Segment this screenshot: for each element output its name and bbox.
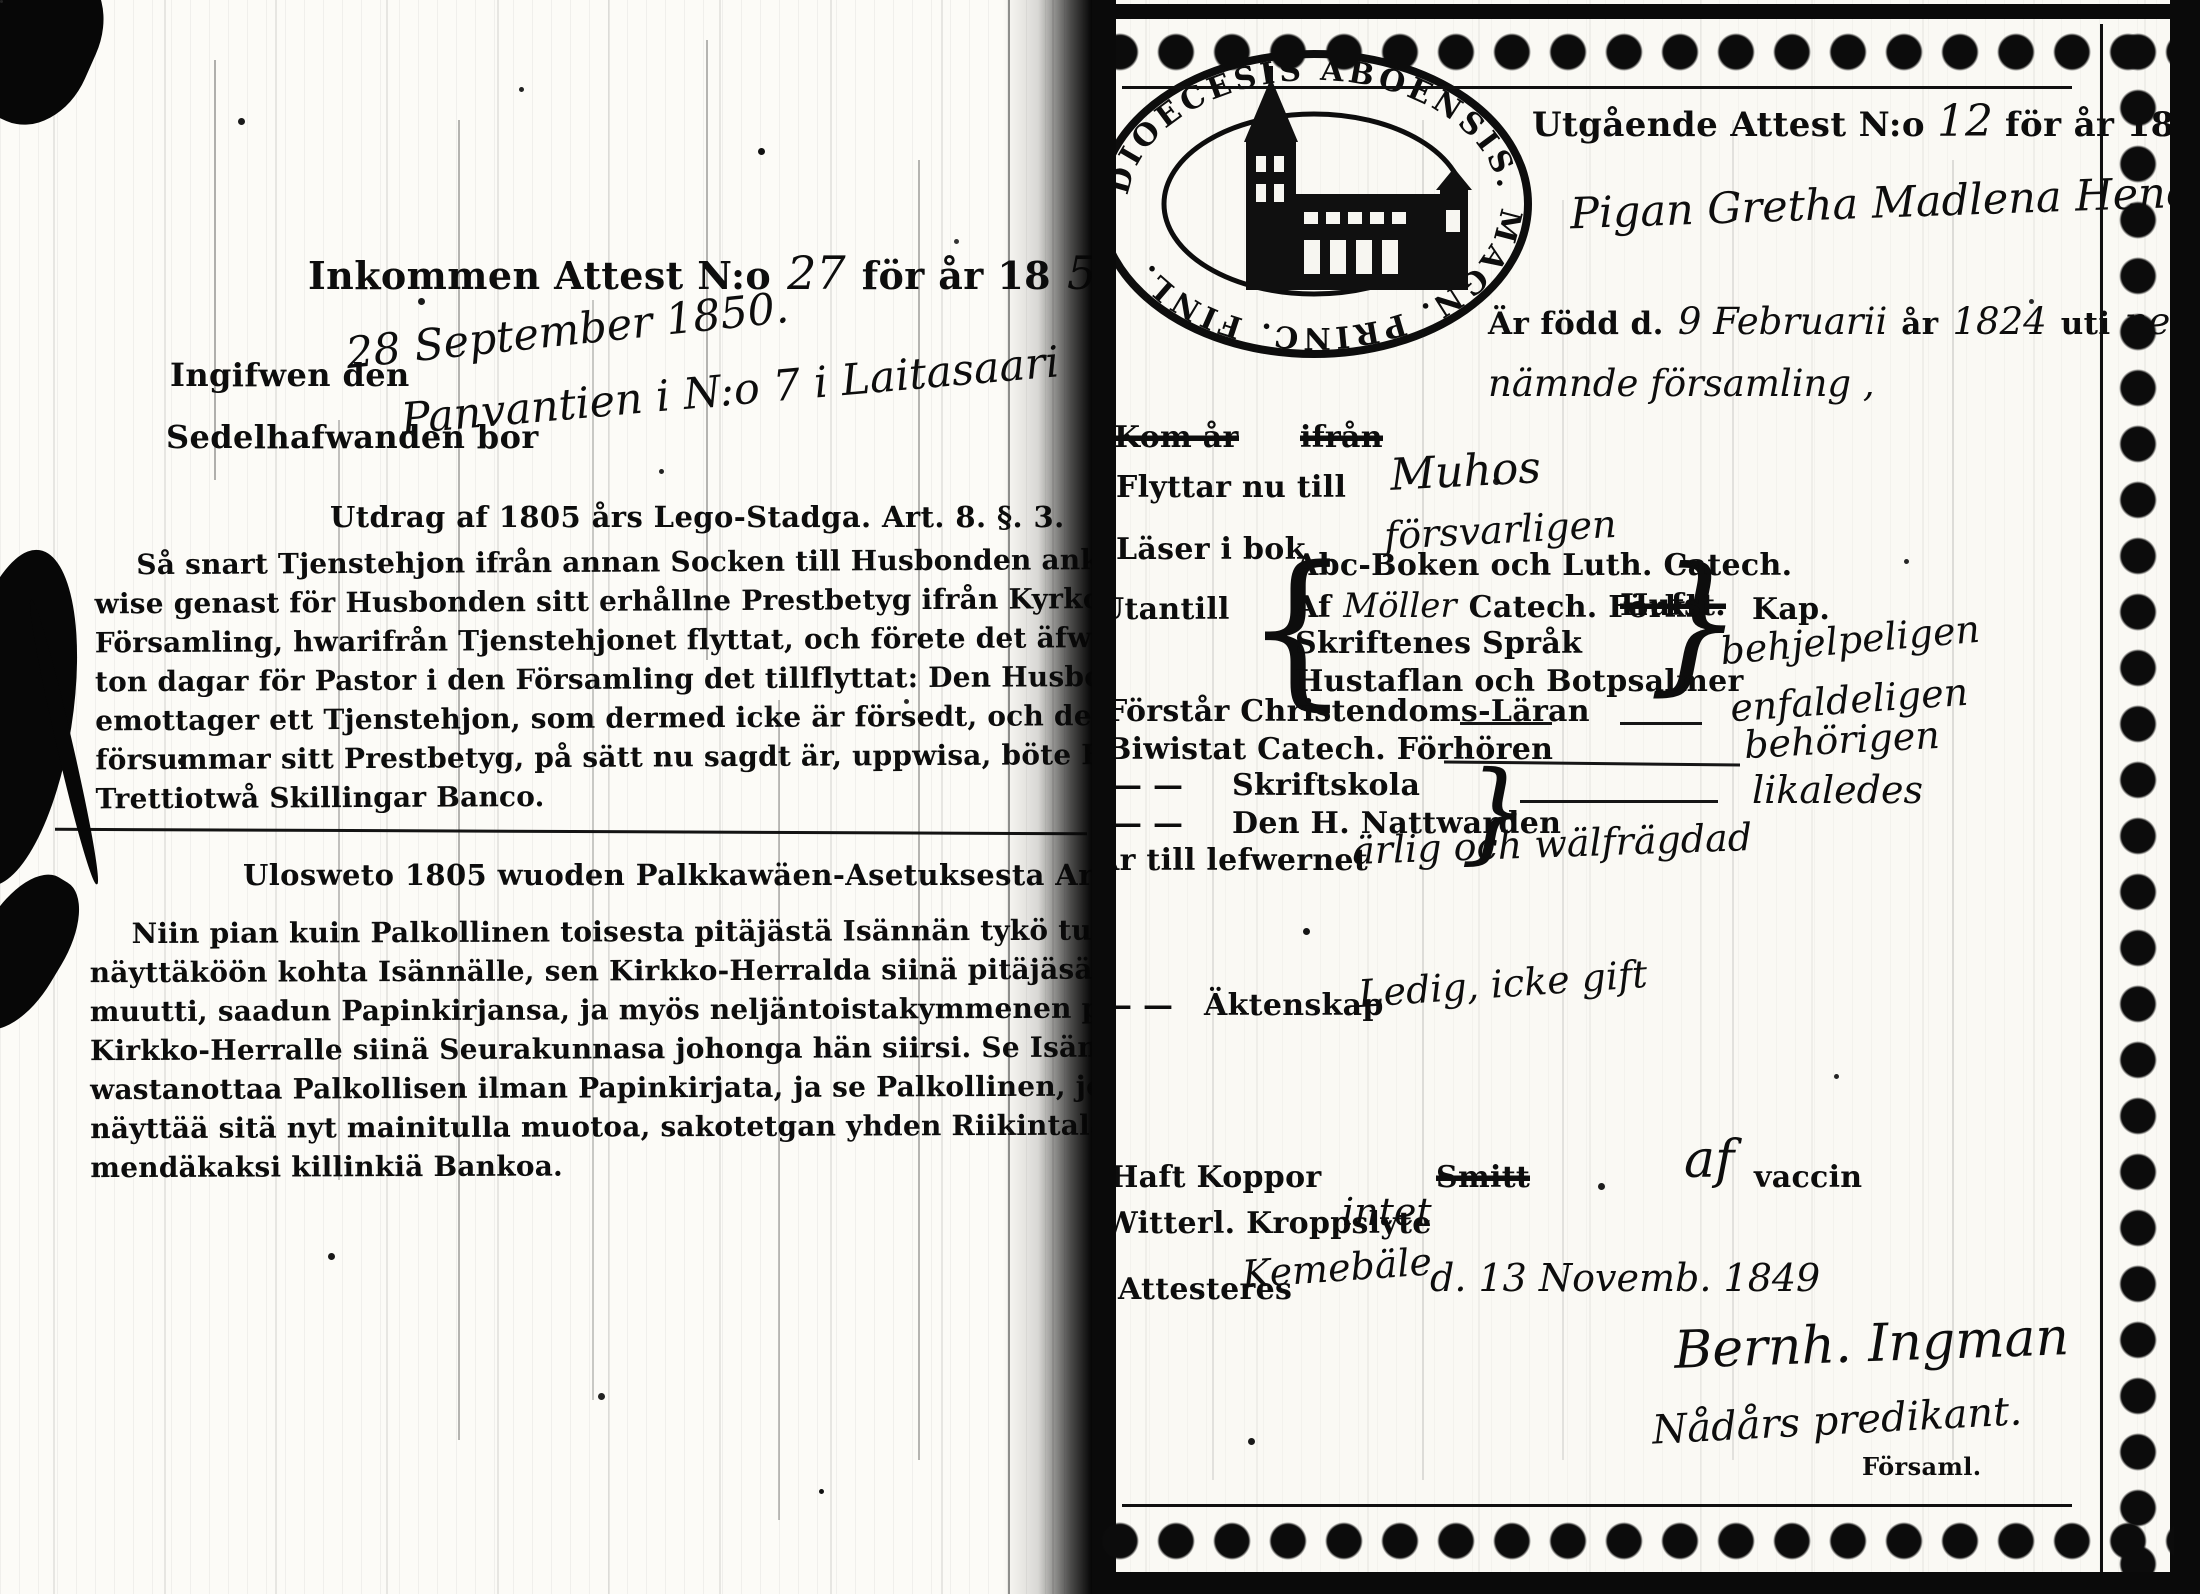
biwistat-label: Biwistat Catech. Förhören [1106,732,1553,767]
flyttar-value-handwritten: Muhos [1389,442,1542,501]
skriftenes-sprak-label: Skriftenes Språk [1295,626,1582,661]
scan-ink-blob [0,0,125,143]
biwistat-value-handwritten: behörigen [1743,713,1941,767]
af-handwritten: af [1684,1130,1734,1190]
aktenskap-value-handwritten: Ledig, icke gift [1357,952,1649,1016]
born-year-label: år [1901,306,1938,342]
border-inner-right-rule [2100,24,2103,1580]
attest-form-page: DIOECESIS ABOENSIS. MAGN. PRINC. FINL. [1092,0,2200,1594]
border-inner-top-rule [1122,86,2072,89]
scan-ink-blob [0,858,99,1045]
fill-line [1520,800,1718,803]
attesteres-place-handwritten: Kemebäle [1241,1239,1434,1296]
signature-title-handwritten: Nådårs predikant. [1651,1388,2023,1453]
ditto-dashes: — — [1112,768,1183,803]
scan-streak [214,60,216,480]
birth-day-handwritten: 9 Februarii [1678,300,1887,343]
birth-parish-line2-handwritten: nämnde församling , [1488,362,1875,405]
birth-year-handwritten: 1824 [1953,300,2047,343]
kom-ar-label-struck: Kom år [1114,420,1239,455]
vaccin-label: vaccin [1754,1160,1862,1195]
skriftskola-label: Skriftskola [1232,768,1420,803]
scan-noise [0,0,3,3]
diocese-seal: DIOECESIS ABOENSIS. MAGN. PRINC. FINL. [1088,44,1540,364]
document-scan: Inkommen Attest N:o 27 för år 18 50 Ingi… [0,0,2200,1594]
abc-boken-label: Abc-Boken och Luth. Catech. [1295,548,1792,583]
spine-black-bar [1092,0,1116,1594]
book-spine-shadow [1002,0,1092,1594]
border-top-rosettes [1092,23,2200,81]
horizontal-rule [55,828,1087,836]
person-name-handwritten: Pigan Gretha Madlena Henell [1569,167,2200,240]
born-label: Är född d. [1488,306,1664,342]
title-pre: Utgående Attest N:o [1532,105,1925,145]
forstar-label: Förstår Christendoms-Läran [1106,694,1590,729]
attest-number-handwritten: 27 [787,246,846,300]
nattwarden-value-handwritten: likaledes [1752,768,1923,812]
birth-line: Är född d. 9 Februarii år 1824 uti nedan… [1488,300,2200,343]
ditto-dashes: — — [1112,806,1183,841]
border-right-rosettes [2109,24,2167,1576]
border-bottom-rule [1092,1572,2200,1594]
moller-handwritten: Möller [1343,586,1456,626]
laser-i-bok-label: Läser i bok [1116,532,1306,567]
swedish-statute-heading: Utdrag af 1805 års Lego-Stadga. Art. 8. … [330,500,1065,534]
ifran-label-struck: ifrån [1300,420,1383,455]
hufst-label-struck: Hufst. [1620,588,1726,623]
attest-number-handwritten: 12 [1937,96,1993,147]
scan-streak [592,300,594,1400]
border-inner-bottom-rule [1122,1504,2072,1507]
utantill-label: Utantill [1098,592,1230,627]
haft-koppor-label: Haft Koppor [1110,1160,1321,1195]
kroppslyte-value-handwritten: intet [1342,1190,1432,1234]
smitt-label-struck: Smitt [1436,1160,1530,1195]
border-right-rule [2170,0,2200,1594]
left-page: Inkommen Attest N:o 27 för år 18 50 Ingi… [0,0,1092,1594]
attesteres-date-handwritten: d. 13 Novemb. 1849 [1430,1256,1820,1300]
flyttar-label: Flyttar nu till [1116,470,1346,505]
aktenskap-label: Äktenskap [1204,988,1384,1023]
fill-line [1620,722,1702,725]
signature-name-handwritten: Bernh. Ingman [1673,1307,2070,1381]
border-top-rule [1092,4,2200,19]
af-label: Af [1295,590,1331,625]
forsaml-stamp: Församl. [1862,1452,1982,1481]
born-uti-label: uti [2061,306,2111,342]
scan-streak [1952,160,1954,1460]
lefwernet-label: Är till lefwernet [1096,843,1368,878]
border-bottom-rosettes [1092,1512,2174,1570]
